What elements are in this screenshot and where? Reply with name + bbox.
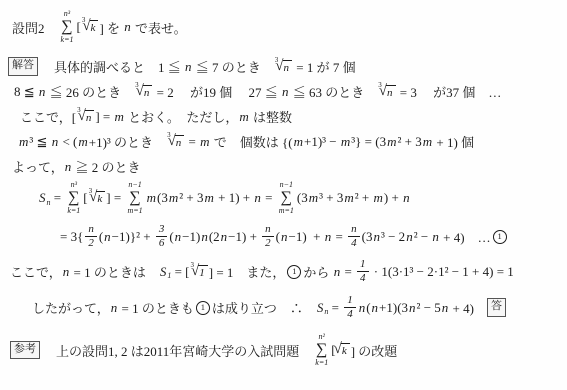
conclusion-line: したがって，n = 1 のときも1は成り立つ ∴ Sn = 14n(n+1)(3… xyxy=(32,295,563,320)
sum-upper-limit: n−1 xyxy=(128,181,141,189)
sum-lower-limit: k=1 xyxy=(315,359,328,367)
text-run: で表せ。 xyxy=(132,18,187,37)
math-variable: n xyxy=(253,190,262,206)
text-run: 8 ≦ xyxy=(14,84,38,100)
text-run: = 2 が19 個 27 ≦ xyxy=(153,82,281,101)
radicand: 1 xyxy=(198,265,208,280)
text-run: −1) + xyxy=(289,229,324,245)
sum-lower-limit: k=1 xyxy=(67,207,80,215)
root-degree: 3 xyxy=(167,131,171,139)
text-run: ² + 3 xyxy=(179,190,203,206)
text-run: とおく。 ただし， xyxy=(125,107,239,126)
text-run: ³ + 3 xyxy=(319,190,343,206)
sigma-symbol: ∑ xyxy=(68,189,79,207)
subscript: n xyxy=(47,198,51,207)
sum-lower-limit: m=1 xyxy=(279,207,294,215)
text-run: ] の改題 xyxy=(351,341,398,360)
fraction: 14 xyxy=(344,295,356,320)
math-variable: n xyxy=(408,300,417,316)
text-run: よって， xyxy=(12,157,64,176)
sigma-symbol: ∑ xyxy=(281,189,292,207)
text-run: = xyxy=(185,134,199,150)
text-run: = 1 のときは xyxy=(70,262,159,281)
sum-lower-limit: k=1 xyxy=(61,36,74,44)
math-variable: n xyxy=(402,190,411,206)
text-run: = xyxy=(332,229,346,245)
circled-number: 1 xyxy=(493,230,507,244)
text-run: ] = xyxy=(95,109,113,125)
fraction: 14 xyxy=(357,259,369,284)
text-run: 上の設問1, 2 は2011年宮崎大学の入試問題 xyxy=(43,341,312,360)
text-run: (3 xyxy=(362,229,373,245)
math-variable: m xyxy=(146,190,157,206)
math-variable: n xyxy=(280,229,289,245)
text-run: [ xyxy=(83,190,87,206)
sum-upper-limit: n² xyxy=(319,333,325,341)
math-variable: m xyxy=(238,109,249,125)
math-variable: m xyxy=(308,190,319,206)
text-run: から xyxy=(303,262,332,281)
n-equals-1-check-line: ここで，n = 1 のときは S1 = [3√1] = 1 また，1から n =… xyxy=(10,259,563,284)
fraction-denominator: 4 xyxy=(360,272,366,284)
text-run: −1) xyxy=(182,229,200,245)
text-run: −1)}² + xyxy=(112,229,154,245)
math-variable: n xyxy=(51,134,60,150)
text-run: = xyxy=(328,300,342,316)
radicand: k xyxy=(90,20,99,35)
text-run: + 4) xyxy=(449,298,487,317)
text-run: ≦ 63 のとき xyxy=(290,82,378,101)
text-run: + 1) + xyxy=(215,190,254,206)
fraction-numerator: n xyxy=(262,224,274,237)
root-degree: 3 xyxy=(135,81,139,89)
sum-upper-limit: n−1 xyxy=(280,181,293,189)
text-run: ² + 3 xyxy=(397,134,421,150)
sum-lower-limit: m=1 xyxy=(127,207,142,215)
text-run: 具体的調べると 1 ≦ xyxy=(41,57,184,76)
fraction-numerator: 1 xyxy=(357,259,369,272)
fraction-numerator: 1 xyxy=(344,295,356,308)
text-run: = [ xyxy=(171,264,189,280)
text-run: = xyxy=(341,264,355,280)
fraction: n2 xyxy=(85,224,97,249)
text-run: + 4) … xyxy=(440,227,491,246)
radicand: n xyxy=(386,85,396,100)
root-degree: 3 xyxy=(82,16,86,24)
summation: n³∑k=1 xyxy=(61,10,74,44)
math-variable: n xyxy=(358,300,367,316)
text-run: ³ ≦ xyxy=(29,134,50,150)
text-run: ≧ 2 のとき xyxy=(72,157,140,176)
cube-root: 3√n xyxy=(275,59,292,74)
math-variable: S xyxy=(316,300,325,316)
math-variable: n xyxy=(405,229,414,245)
sum-upper-limit: n³ xyxy=(71,181,77,189)
text-run: ] を xyxy=(99,18,123,37)
text-run: +1)(3 xyxy=(379,300,408,316)
text-run: ] = 1 また， xyxy=(209,262,286,281)
math-variable: m xyxy=(199,134,210,150)
math-variable: m xyxy=(422,134,433,150)
text-run: · 1(3·1³ − 2·1² − 1 + 4) = 1 xyxy=(371,264,514,280)
question-2-line: 設問2 n³∑k=1[3√k] を n で表せ。 xyxy=(12,10,563,44)
count-formula-line: m³ ≦ n < (m+1)³ のとき 3√n = m で 個数は {(m+1)… xyxy=(18,132,563,151)
fraction: n2 xyxy=(262,224,274,249)
radicand: n xyxy=(175,135,185,150)
root-degree: 3 xyxy=(191,261,195,269)
radicand: n xyxy=(283,60,293,75)
math-variable: n xyxy=(431,229,440,245)
fraction: 36 xyxy=(156,224,168,249)
cube-root: 3√n xyxy=(167,134,184,149)
text-run: < ( xyxy=(59,134,77,150)
fraction-denominator: 6 xyxy=(159,237,165,249)
text-run: ³} = (3 xyxy=(351,134,386,150)
math-variable: S xyxy=(159,264,168,280)
math-variable: m xyxy=(18,134,29,150)
math-variable: m xyxy=(168,190,179,206)
text-run: ² − 5 xyxy=(417,300,441,316)
math-variable: n xyxy=(371,300,380,316)
text-run: ここで，[ xyxy=(20,107,76,126)
summation: n³∑k=1 xyxy=(67,181,80,215)
sigma-symbol: ∑ xyxy=(61,18,72,36)
cube-root: 3√k xyxy=(82,19,99,34)
cube-root: 3√k xyxy=(89,190,106,205)
sum-evaluation-line: = 3{n2(n−1)}² + 36(n−1)n(2n−1) + n2(n−1)… xyxy=(60,224,563,249)
text-run: + 1) 個 xyxy=(433,132,474,151)
subscript: 1 xyxy=(167,271,171,280)
math-variable: n xyxy=(184,59,193,75)
radicand: n xyxy=(85,110,95,125)
text-run: +1)³ のとき xyxy=(89,132,166,151)
math-variable: m xyxy=(340,134,351,150)
text-run: ³ − 2 xyxy=(381,229,405,245)
math-variable: n xyxy=(174,229,183,245)
reference-line: 参考 上の設問1, 2 は2011年宮崎大学の入試問題 n²∑k=1[√k] の… xyxy=(10,333,563,367)
math-variable: m xyxy=(293,134,304,150)
text-run: (2 xyxy=(209,229,220,245)
text-run: [ xyxy=(76,19,80,35)
subscript: n xyxy=(324,307,328,316)
root-degree: 3 xyxy=(275,56,279,64)
sum-expansion-line: Sn = n³∑k=1[3√k] = n−1∑m=1m(3m² + 3m + 1… xyxy=(38,181,563,215)
text-run: は成り立つ ∴ xyxy=(212,298,316,317)
fraction-numerator: n xyxy=(348,224,360,237)
cube-root: 3√n xyxy=(77,109,94,124)
text-run: 設問2 xyxy=(12,18,58,37)
fraction-denominator: 2 xyxy=(88,237,94,249)
solution-intro-line: 解答 具体的調べると 1 ≦ n ≦ 7 のとき 3√n = 1 が 7 個 xyxy=(8,57,563,76)
text-run: (3 xyxy=(297,190,308,206)
math-variable: n xyxy=(38,84,47,100)
math-variable: S xyxy=(38,190,47,206)
circled-number: 1 xyxy=(287,265,301,279)
math-variable: n xyxy=(200,229,209,245)
boxed-label: 答 xyxy=(487,298,506,316)
radicand: n xyxy=(143,85,153,100)
boxed-label: 解答 xyxy=(8,57,38,75)
text-run: ² − xyxy=(414,229,432,245)
math-variable: n xyxy=(62,264,71,280)
text-run: = 1 のときも xyxy=(118,298,194,317)
root-degree: 3 xyxy=(378,81,382,89)
summation: n−1∑m=1 xyxy=(127,181,142,215)
math-variable: m xyxy=(203,190,214,206)
text-run: +1)³ − xyxy=(304,134,340,150)
text-run: = 3{ xyxy=(60,229,83,245)
text-run: は整数 xyxy=(250,107,292,126)
radicand: k xyxy=(341,343,350,358)
cube-root: 3√n xyxy=(135,84,152,99)
radicand: k xyxy=(96,191,105,206)
math-variable: n xyxy=(333,264,342,280)
text-run: ] = xyxy=(106,190,124,206)
summation: n²∑k=1 xyxy=(315,333,328,367)
fraction-numerator: n xyxy=(85,224,97,237)
sigma-symbol: ∑ xyxy=(129,189,140,207)
math-variable: n xyxy=(64,159,73,175)
math-variable: n xyxy=(281,84,290,100)
text-run: ≦ 26 のとき xyxy=(46,82,134,101)
math-variable: m xyxy=(77,134,88,150)
root-degree: 3 xyxy=(89,187,93,195)
sigma-symbol: ∑ xyxy=(316,341,327,359)
math-variable: n xyxy=(110,300,119,316)
math-variable: m xyxy=(113,109,124,125)
text-run: ≦ 7 のとき xyxy=(193,57,274,76)
text-run: ² + xyxy=(355,190,373,206)
text-run: で 個数は {( xyxy=(211,132,293,151)
math-variable: n xyxy=(372,229,381,245)
fraction-denominator: 2 xyxy=(265,237,271,249)
text-run: ここで， xyxy=(10,262,62,281)
define-m-line: ここで，[3√n] = m とおく。 ただし，m は整数 xyxy=(20,107,563,126)
text-run: −1) + xyxy=(228,229,260,245)
square-root: √k xyxy=(337,342,350,357)
summation: n−1∑m=1 xyxy=(279,181,294,215)
math-variable: n xyxy=(123,19,132,35)
text-run: (3 xyxy=(157,190,168,206)
circled-number: 1 xyxy=(196,301,210,315)
fraction-numerator: 3 xyxy=(156,224,168,237)
math-solution-document: 設問2 n³∑k=1[3√k] を n で表せ。解答 具体的調べると 1 ≦ n… xyxy=(0,0,567,367)
cube-root: 3√n xyxy=(378,84,395,99)
case-counts-line: 8 ≦ n ≦ 26 のとき 3√n = 2 が19 個 27 ≦ n ≦ 63… xyxy=(14,82,563,101)
math-variable: m xyxy=(343,190,354,206)
text-run: = 1 が 7 個 xyxy=(293,57,356,76)
math-variable: m xyxy=(373,190,384,206)
case-n-ge-2-line: よって，n ≧ 2 のとき xyxy=(12,157,563,176)
text-run: = xyxy=(262,190,276,206)
text-run: したがって， xyxy=(32,298,110,317)
cube-root: 3√1 xyxy=(191,264,208,279)
text-run: = 3 が37 個 … xyxy=(397,82,502,101)
math-variable: n xyxy=(220,229,229,245)
math-variable: n xyxy=(324,229,333,245)
boxed-label: 参考 xyxy=(10,341,40,359)
fraction-denominator: 4 xyxy=(347,308,353,320)
root-degree: 3 xyxy=(77,106,81,114)
sum-upper-limit: n³ xyxy=(64,10,70,18)
fraction-denominator: 4 xyxy=(351,237,357,249)
text-run: ) + xyxy=(384,190,402,206)
math-variable: m xyxy=(386,134,397,150)
math-variable: n xyxy=(103,229,112,245)
fraction: n4 xyxy=(348,224,360,249)
math-variable: n xyxy=(441,300,450,316)
text-run: = xyxy=(51,190,65,206)
